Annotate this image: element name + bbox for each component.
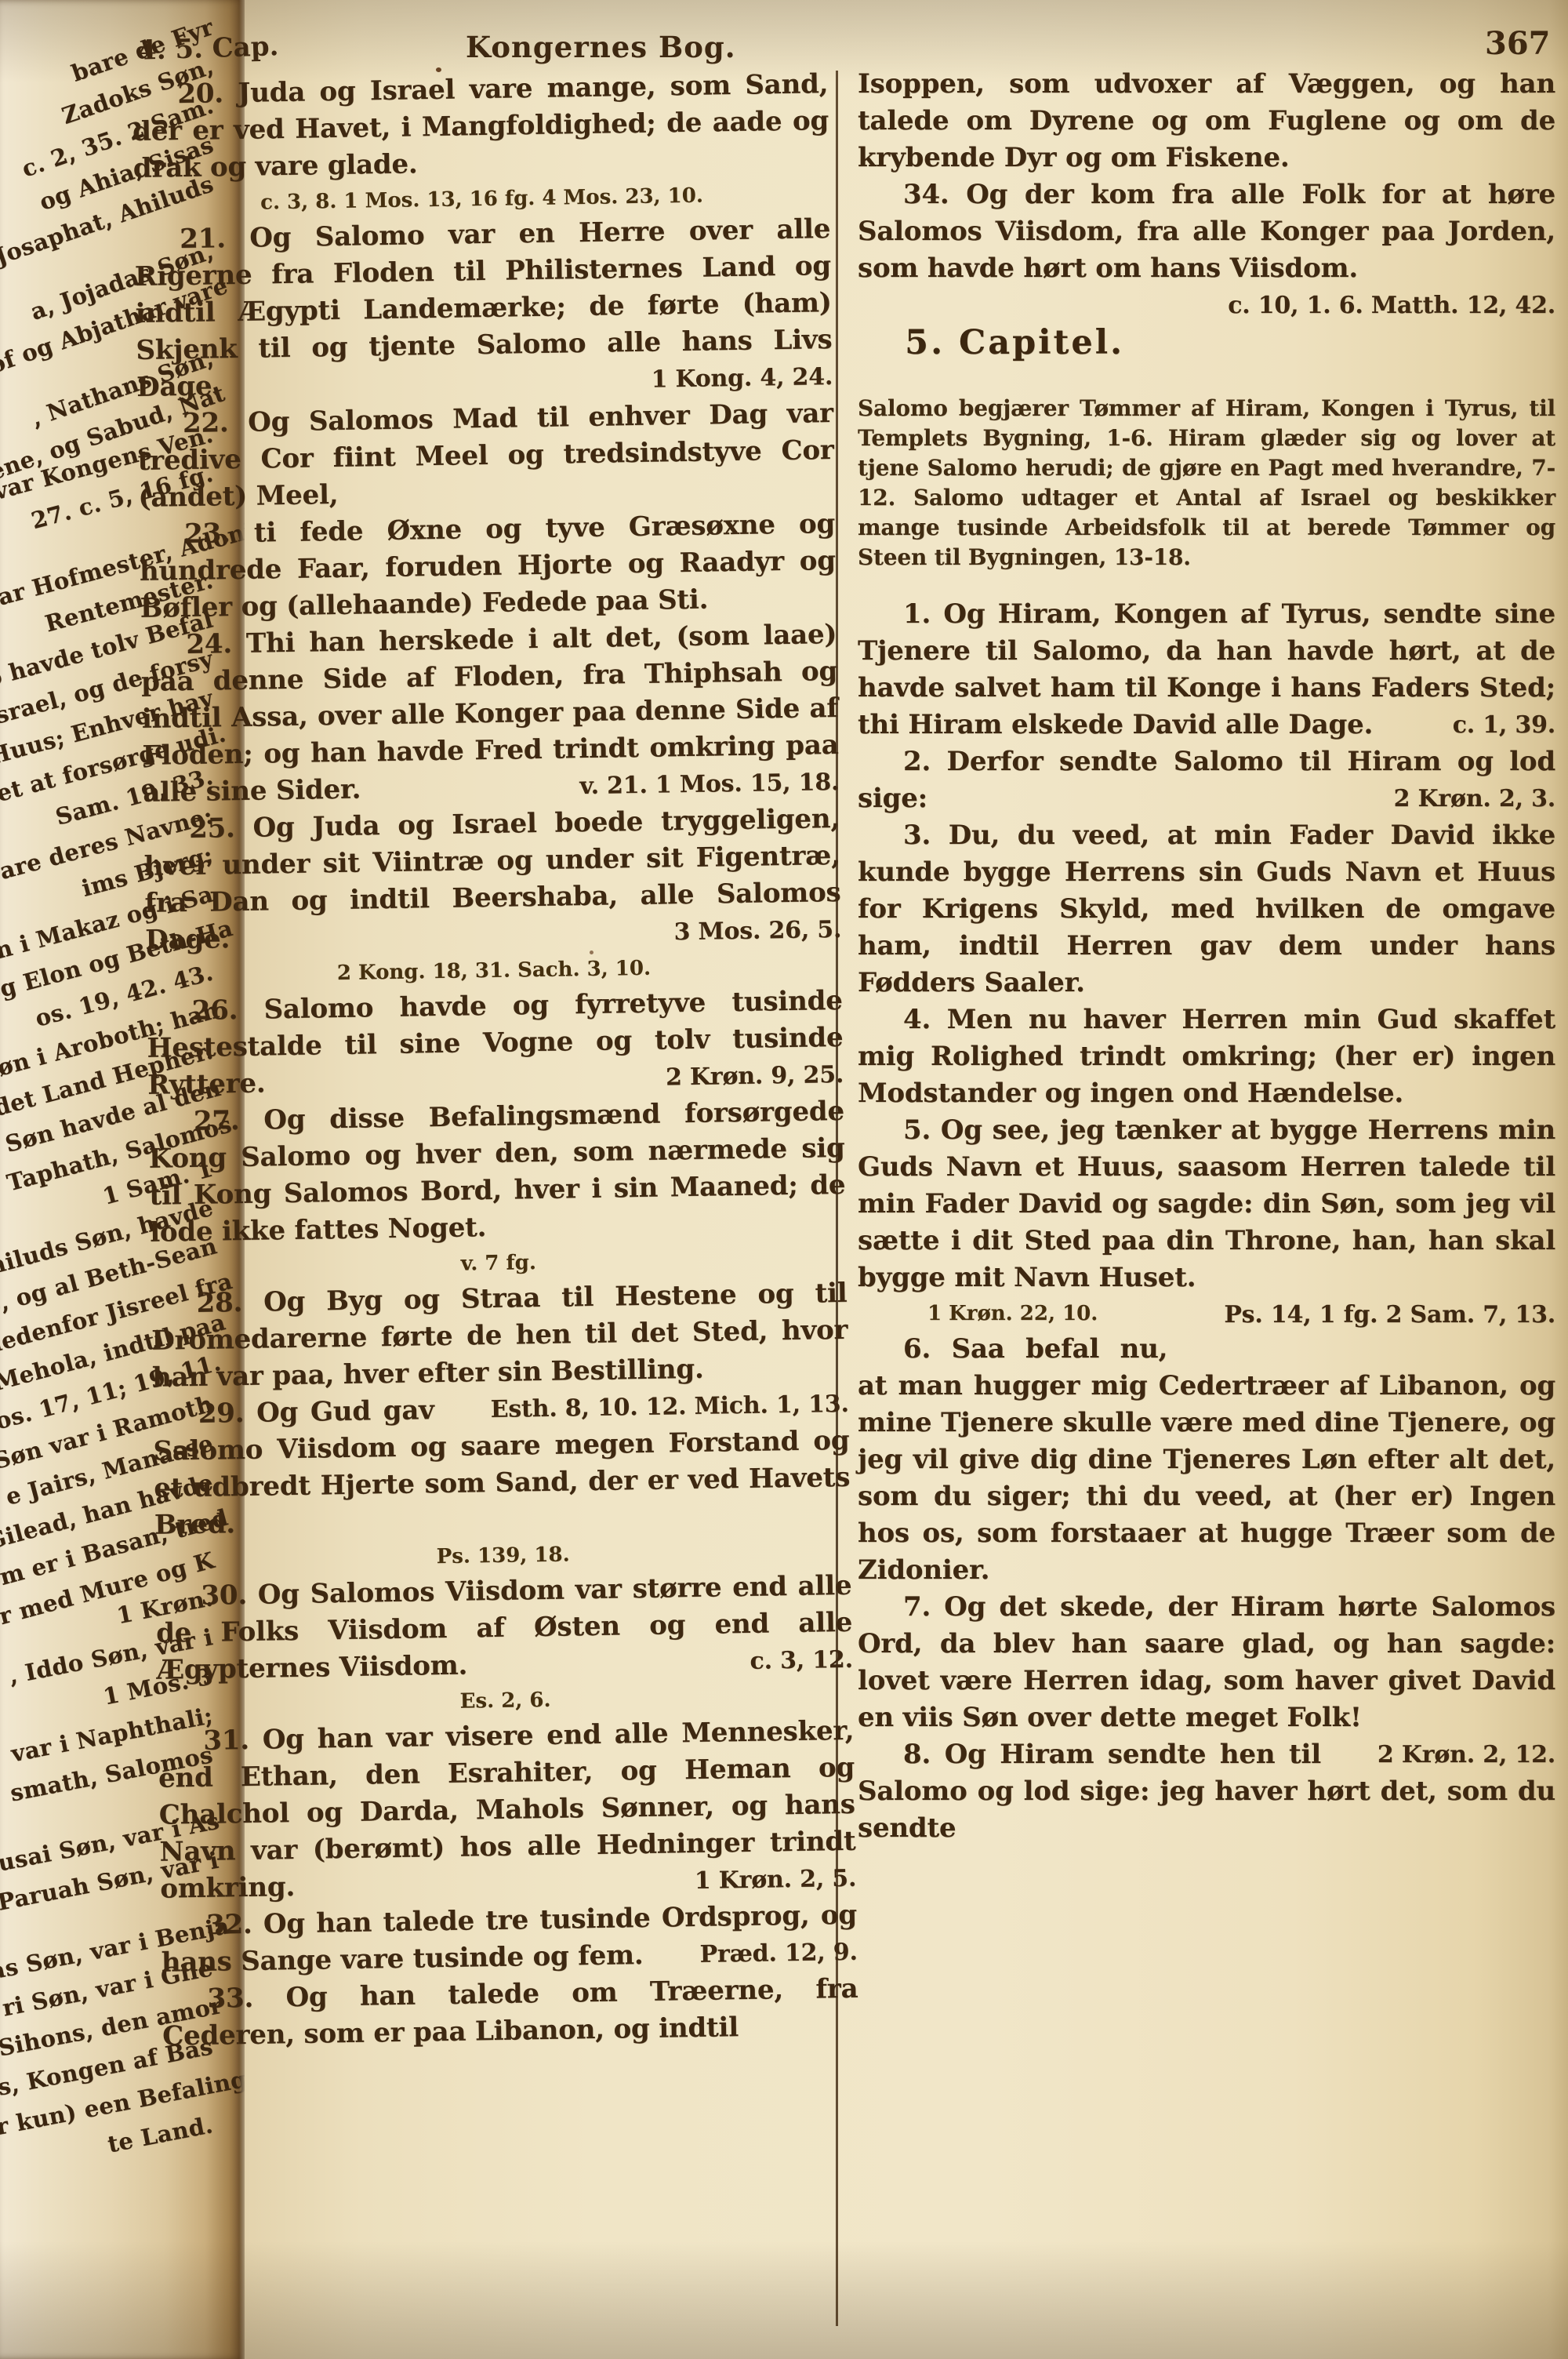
verse-paragraph: 27. Og disse Befalingsmænd forsørgede Ko… [148,1093,847,1252]
cross-reference: Præd. 12, 9. [643,1934,858,1974]
cross-reference: 1 Kong. 4, 24. [594,358,833,399]
verse-paragraph: 31. Og han var visere end alle Mennesker… [158,1713,857,1908]
cross-reference: Esth. 8, 10. 12. Mich. 1, 13. [434,1386,849,1429]
verse-paragraph: 21. Og Salomo var en Herre over alle Rig… [134,211,833,406]
right-text-column: Isoppen, som udvoxer af Væggen, og han t… [858,66,1555,1847]
verse-text: 20. Juda og Israel vare mange, som Sand,… [132,68,829,184]
verse-paragraph: 7. Og det skede, der Hiram hørte Salomos… [858,1589,1555,1736]
book-page: bare de FyrZadoks Søn,c. 2, 35. 2 Sam.og… [0,0,1568,2359]
chapter-summary: Salomo begjærer Tømmer af Hiram, Kongen … [858,394,1555,572]
verse-text: Isoppen, som udvoxer af Væggen, og han t… [858,68,1555,173]
cross-reference: 2 Krøn. 2, 12. [1321,1736,1555,1773]
verse-paragraph: 20. Juda og Israel vare mange, som Sand,… [132,66,829,187]
verse-paragraph: 30. Og Salomos Viisdom var større end al… [155,1568,853,1689]
verse-paragraph: 33. Og han talede om Træerne, fra Cedere… [162,1971,858,2055]
cross-reference: 1 Krøn. 2, 5. [637,1860,856,1900]
verse-text: 33. Og han talede om Træerne, fra Cedere… [162,1973,858,2052]
cross-reference: 2 Krøn. 9, 25. [609,1056,844,1097]
cross-reference: 2 Krøn. 2, 3. [1338,780,1555,817]
cross-reference: c. 10, 1. 6. Matth. 12, 42. [1171,287,1555,324]
running-head-chapter: 4. 5. Cap. [137,31,279,67]
chapter-heading: 5. Capitel. [858,323,1555,362]
verse-paragraph: 26. Salomo havde og fyrretyve tusinde He… [146,983,844,1104]
paper-speck [590,951,593,954]
verse-text: 23. ti fede Øxne og tyve Græsøxne og hun… [140,508,837,624]
verse-paragraph: 32. Og han talede tre tusinde Ordsprog, … [161,1897,858,1982]
verse-paragraph: 34. Og der kom fra alle Folk for at høre… [858,176,1555,287]
verse-paragraph: 22. Og Salomos Mad til enhver Dag var tr… [137,395,835,517]
verse-text: 27. Og disse Befalingsmænd forsørgede Ko… [148,1096,845,1249]
verse-text: 7. Og det skede, der Hiram hørte Salomos… [858,1591,1555,1733]
cross-reference: 3 Mos. 26, 5. [617,911,841,951]
verse-paragraph: 24. Thi han herskede i alt det, (som laa… [140,616,840,812]
verse-paragraph: 3. Du, du veed, at min Fader David ikke … [858,817,1555,1001]
verse-paragraph: 1. Og Hiram, Kongen af Tyrus, sendte sin… [858,596,1555,743]
verse-paragraph: 6. Saa befal nu, at man hugger mig Ceder… [858,1331,1555,1589]
verse-text: 34. Og der kom fra alle Folk for at høre… [858,179,1555,284]
verse-paragraph: 4. Men nu haver Herren min Gud skaffet m… [858,1001,1555,1112]
verse-text: 6. Saa befal nu, at man hugger mig Ceder… [858,1333,1555,1586]
verse-paragraph: 25. Og Juda og Israel boede tryggeligen,… [143,801,842,959]
verse-paragraph: 28. Og Byg og Straa til Hestene og til D… [151,1275,848,1397]
verse-paragraph: 23. ti fede Øxne og tyve Græsøxne og hun… [139,506,837,627]
paper-speck [436,67,441,72]
cross-reference: c. 1, 39. [1396,707,1555,743]
running-head-book-title: Kongernes Bog. [466,30,736,64]
verse-continuation: Isoppen, som udvoxer af Væggen, og han t… [858,66,1555,176]
verse-text: 4. Men nu haver Herren min Gud skaffet m… [858,1004,1555,1109]
cross-reference: v. 21. 1 Mos. 15, 18. [523,764,840,805]
left-text-column: 20. Juda og Israel vare mange, som Sand,… [132,66,859,2055]
page-number: 367 [1485,25,1551,62]
cross-reference: c. 3, 12. [693,1641,853,1681]
verse-text: 28. Og Byg og Straa til Hestene og til D… [151,1278,848,1394]
cross-reference: Ps. 14, 1 fg. 2 Sam. 7, 13. [1167,1296,1555,1333]
verse-text: 3. Du, du veed, at min Fader David ikke … [858,820,1555,998]
verse-text: 22. Og Salomos Mad til enhver Dag var tr… [137,398,834,514]
verse-paragraph: 2. Derfor sendte Salomo til Hiram og lod… [858,743,1555,817]
verse-text: 5. Og see, jeg tænker at bygge Herrens m… [858,1114,1555,1293]
verse-paragraph: 5. Og see, jeg tænker at bygge Herrens m… [858,1112,1555,1296]
